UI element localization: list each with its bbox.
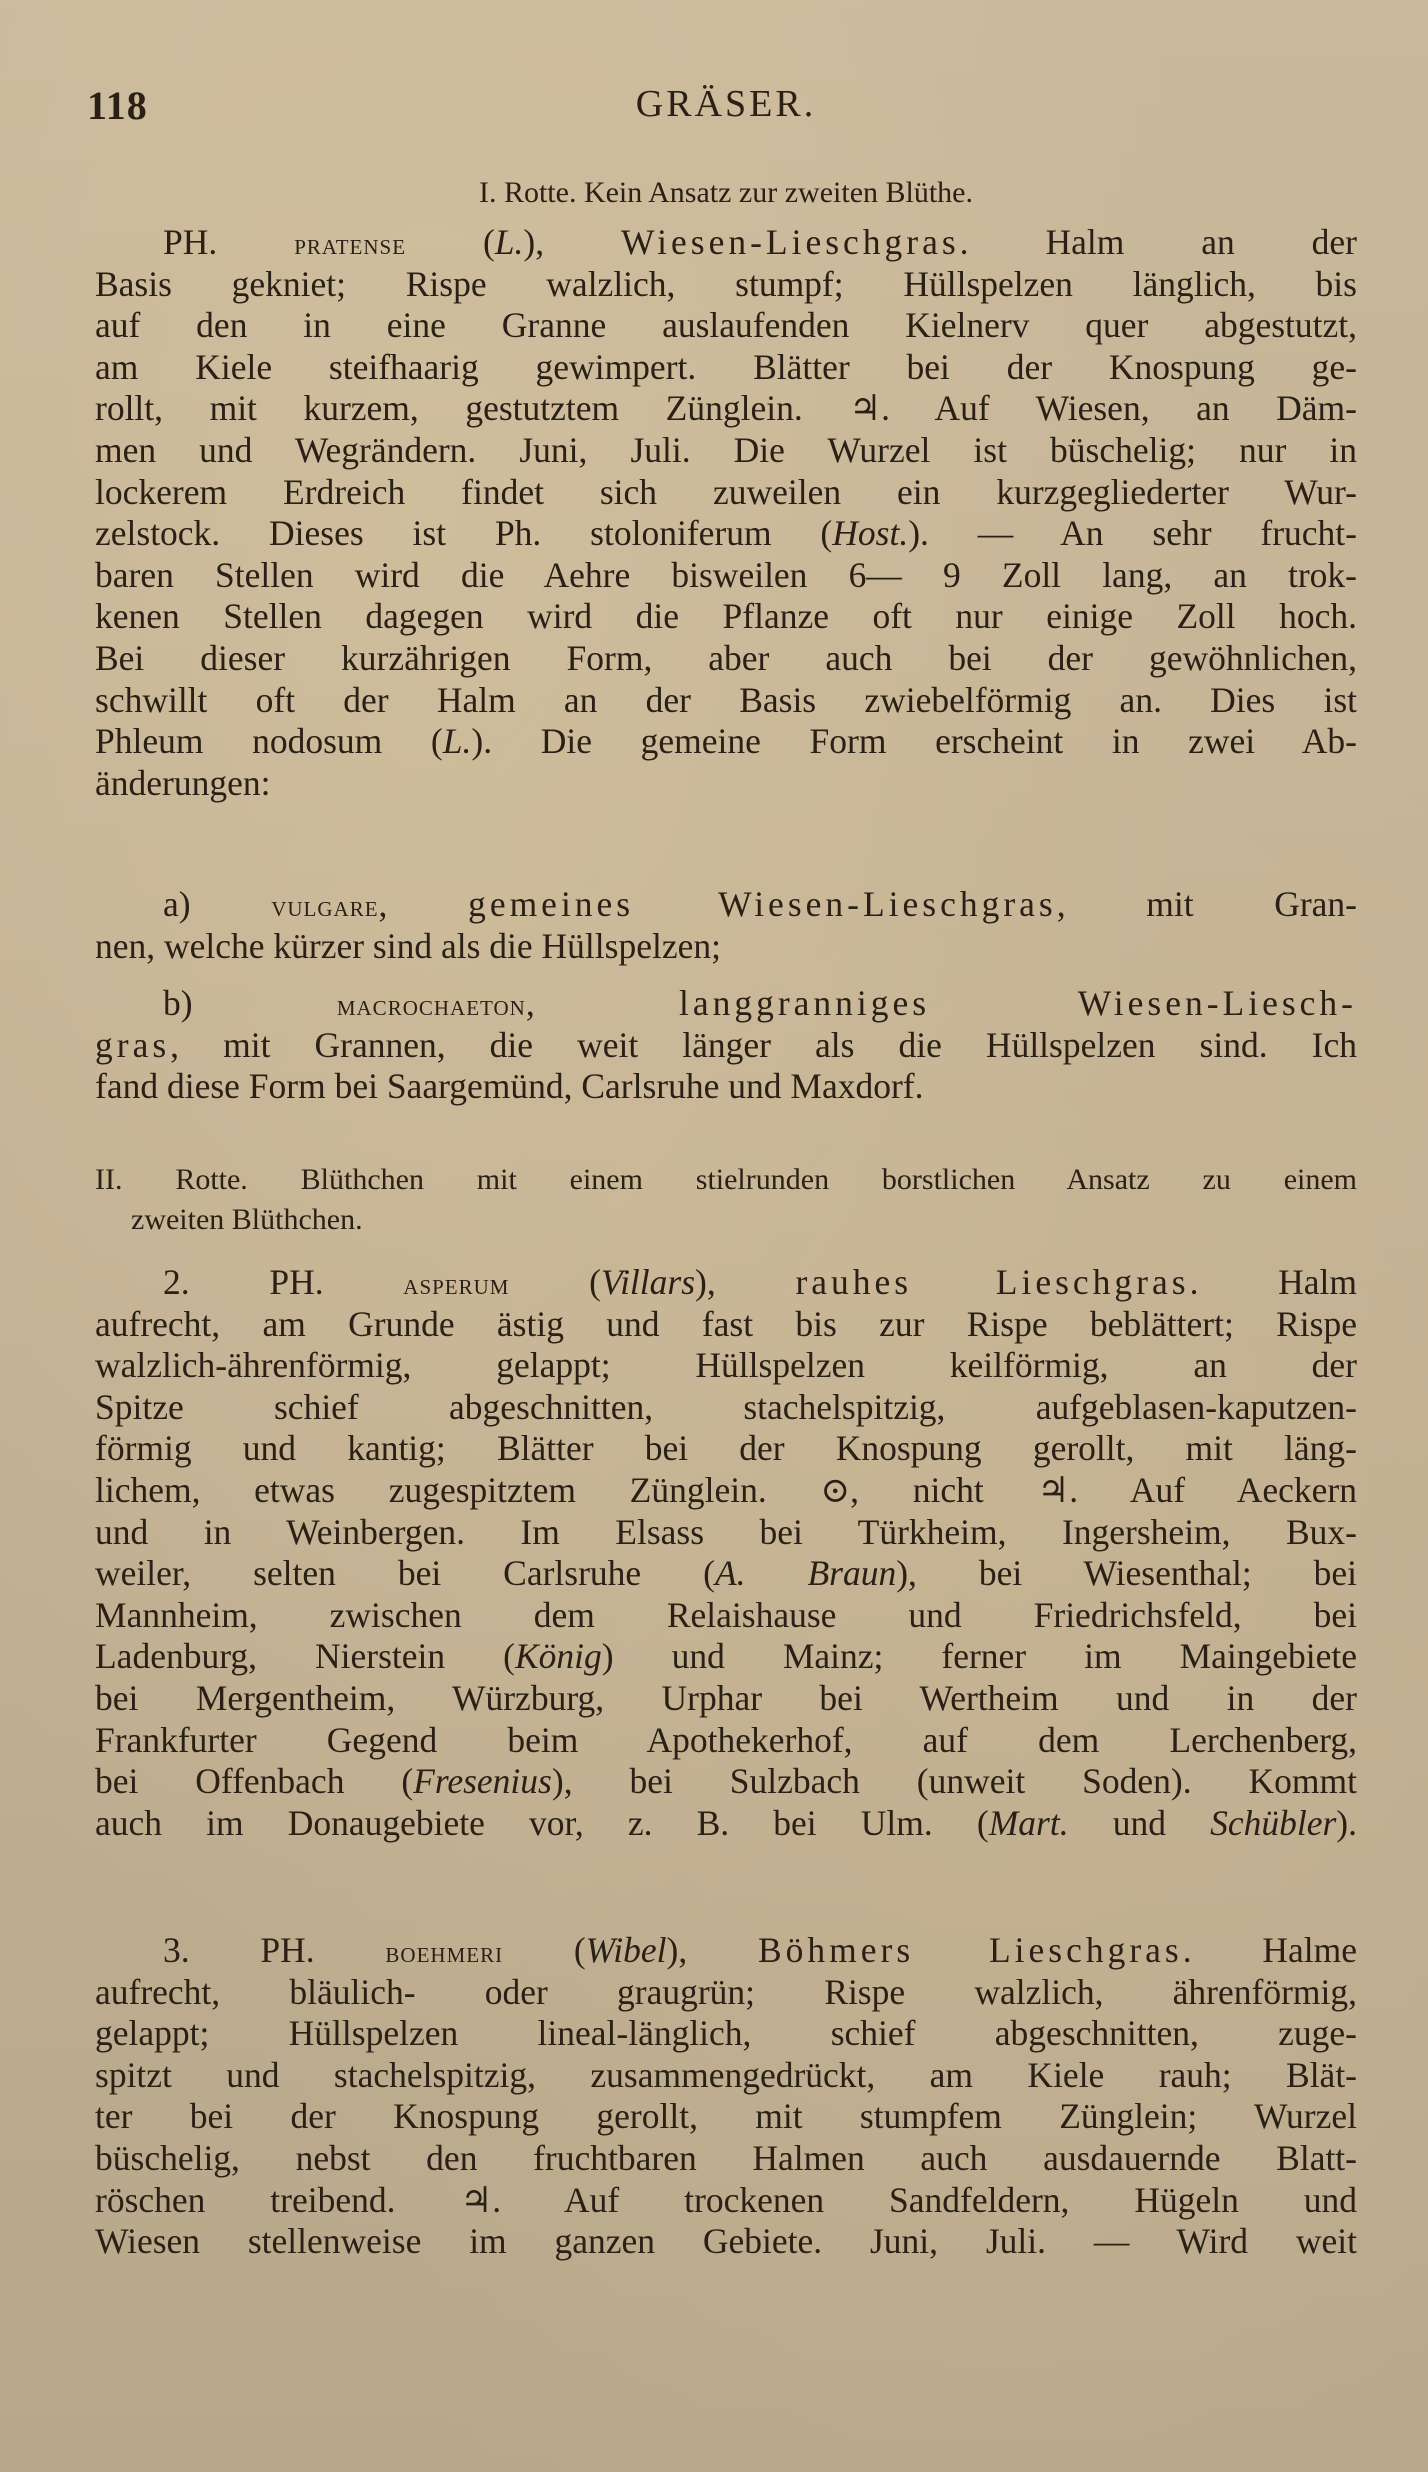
text-line: Frankfurter Gegend beim Apothekerhof, au… xyxy=(95,1720,1357,1762)
running-head: 118 GRÄSER. xyxy=(95,82,1357,132)
text-line: aufrecht, am Grunde ästig und fast bis z… xyxy=(95,1304,1357,1346)
text-line: Mannheim, zwischen dem Relaishause und F… xyxy=(95,1595,1357,1637)
text-line: Phleum nodosum (L.). Die gemeine Form er… xyxy=(95,721,1357,763)
species-entry-boehmeri: 3. PH. boehmeri (Wibel), Böhmers Lieschg… xyxy=(95,1930,1357,2263)
text-line: kenen Stellen dagegen wird die Pflanze o… xyxy=(95,596,1357,638)
variety-entry-vulgare: a) vulgare, gemeines Wiesen-Lieschgras, … xyxy=(95,884,1357,967)
section-heading-rotte-2: II. Rotte. Blüthchen mit einem stielrund… xyxy=(95,1160,1357,1240)
text-line: ter bei der Knospung gerollt, mit stumpf… xyxy=(95,2096,1357,2138)
text-line: und in Weinbergen. Im Elsass bei Türkhei… xyxy=(95,1512,1357,1554)
text-line: fand diese Form bei Saargemünd, Carlsruh… xyxy=(95,1066,1357,1108)
text-line: Bei dieser kurzährigen Form, aber auch b… xyxy=(95,638,1357,680)
text-line: büschelig, nebst den fruchtbaren Halmen … xyxy=(95,2138,1357,2180)
text-line: förmig und kantig; Blätter bei der Knosp… xyxy=(95,1428,1357,1470)
species-entry-asperum: 2. PH. asperum (Villars), rauhes Lieschg… xyxy=(95,1262,1357,1844)
text-line: lockerem Erdreich findet sich zuweilen e… xyxy=(95,472,1357,514)
running-title: GRÄSER. xyxy=(95,82,1357,126)
text-line: Ladenburg, Nierstein (König) und Mainz; … xyxy=(95,1636,1357,1678)
text-line: zelstock. Dieses ist Ph. stoloniferum (H… xyxy=(95,513,1357,555)
text-line: baren Stellen wird die Aehre bisweilen 6… xyxy=(95,555,1357,597)
text-line: änderungen: xyxy=(95,763,1357,805)
text-line: gelappt; Hüllspelzen lineal-länglich, sc… xyxy=(95,2013,1357,2055)
text-line: a) vulgare, gemeines Wiesen-Lieschgras, … xyxy=(95,884,1357,926)
text-line: am Kiele steifhaarig gewimpert. Blätter … xyxy=(95,347,1357,389)
text-line: PH. pratense (L.), Wiesen-Lieschgras. Ha… xyxy=(95,222,1357,264)
text-line: auf den in eine Granne auslaufenden Kiel… xyxy=(95,305,1357,347)
text-line: schwillt oft der Halm an der Basis zwieb… xyxy=(95,680,1357,722)
variety-entry-macrochaeton: b) macrochaeton, langgranniges Wiesen-Li… xyxy=(95,983,1357,1108)
text-line: b) macrochaeton, langgranniges Wiesen-Li… xyxy=(95,983,1357,1025)
section-heading-rotte-1: I. Rotte. Kein Ansatz zur zweiten Blüthe… xyxy=(95,173,1357,213)
text-line: Wiesen stellenweise im ganzen Gebiete. J… xyxy=(95,2221,1357,2263)
text-line: nen, welche kürzer sind als die Hüllspel… xyxy=(95,926,1357,968)
text-line: bei Offenbach (Fresenius), bei Sulzbach … xyxy=(95,1761,1357,1803)
text-line: weiler, selten bei Carlsruhe (A. Braun),… xyxy=(95,1553,1357,1595)
text-line: auch im Donaugebiete vor, z. B. bei Ulm.… xyxy=(95,1803,1357,1845)
text-line: Basis gekniet; Rispe walzlich, stumpf; H… xyxy=(95,264,1357,306)
text-line: rollt, mit kurzem, gestutztem Zünglein. … xyxy=(95,388,1357,430)
text-line: walzlich-ährenförmig, gelappt; Hüllspelz… xyxy=(95,1345,1357,1387)
text-line: 3. PH. boehmeri (Wibel), Böhmers Lieschg… xyxy=(95,1930,1357,1972)
text-line: bei Mergentheim, Würzburg, Urphar bei We… xyxy=(95,1678,1357,1720)
text-line: lichem, etwas zugespitztem Zünglein. ⊙, … xyxy=(95,1470,1357,1512)
text-line: gras, mit Grannen, die weit länger als d… xyxy=(95,1025,1357,1067)
text-line: röschen treibend. ♃. Auf trockenen Sandf… xyxy=(95,2180,1357,2222)
text-line: Spitze schief abgeschnitten, stachelspit… xyxy=(95,1387,1357,1429)
text-line: spitzt und stachelspitzig, zusammengedrü… xyxy=(95,2055,1357,2097)
species-entry-pratense: PH. pratense (L.), Wiesen-Lieschgras. Ha… xyxy=(95,222,1357,804)
text-line: men und Wegrändern. Juni, Juli. Die Wurz… xyxy=(95,430,1357,472)
text-line: aufrecht, bläulich- oder graugrün; Rispe… xyxy=(95,1972,1357,2014)
text-line: 2. PH. asperum (Villars), rauhes Lieschg… xyxy=(95,1262,1357,1304)
